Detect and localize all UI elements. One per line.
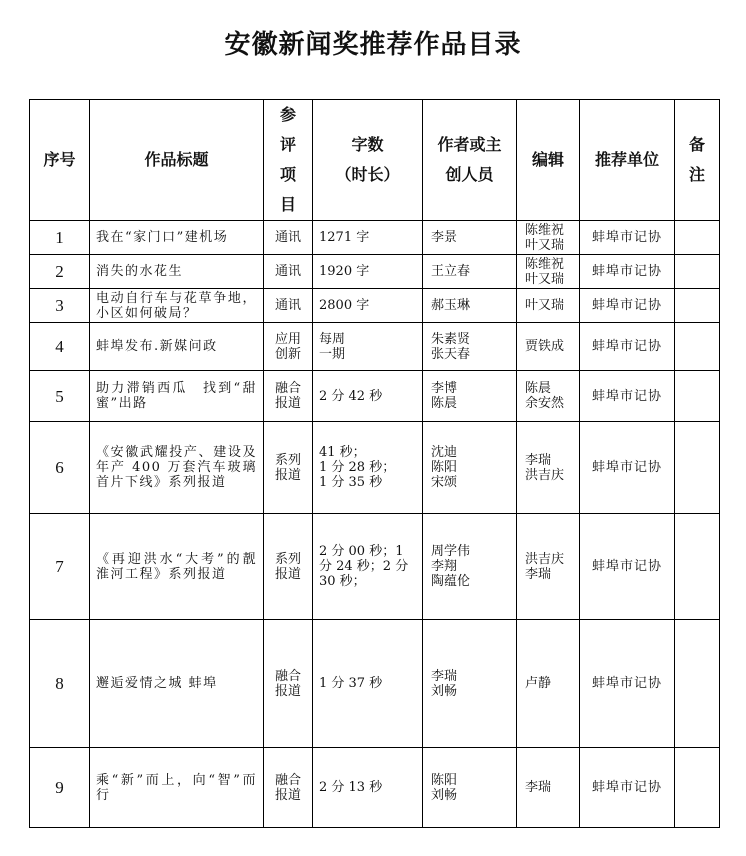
cell-recommending-unit: 蚌埠市记协 [580, 422, 675, 514]
cell-length: 1271 字 [313, 221, 423, 255]
table-row: 9乘“新”而上，向“智”而行融合 报道2 分 13 秒陈阳 刘畅李瑞蚌埠市记协 [30, 748, 720, 828]
cell-remarks [675, 422, 720, 514]
cell-work-title: 《安徽武耀投产、建设及年产 400 万套汽车玻璃首片下线》系列报道 [90, 422, 264, 514]
header-authors: 作者或主 创人员 [423, 100, 517, 221]
table-row: 8邂逅爱情之城 蚌埠融合 报道1 分 37 秒李瑞 刘畅卢静蚌埠市记协 [30, 620, 720, 748]
cell-authors: 郝玉琳 [423, 289, 517, 323]
cell-editors: 叶又瑞 [517, 289, 580, 323]
cell-editors: 贾铁成 [517, 323, 580, 371]
cell-row-number: 1 [30, 221, 90, 255]
cell-work-title: 电动自行车与花草争地，小区如何破局？ [90, 289, 264, 323]
cell-length: 41 秒； 1 分 28 秒； 1 分 35 秒 [313, 422, 423, 514]
cell-editors: 陈维祝 叶又瑞 [517, 255, 580, 289]
cell-remarks [675, 255, 720, 289]
cell-authors: 沈迪 陈阳 宋颂 [423, 422, 517, 514]
cell-category: 融合 报道 [264, 371, 313, 422]
cell-remarks [675, 748, 720, 828]
cell-authors: 朱素贤 张天春 [423, 323, 517, 371]
cell-work-title: 《再迎洪水“大考”的靓淮河工程》系列报道 [90, 514, 264, 620]
table-row: 4蚌埠发布.新媒问政应用 创新每周 一期朱素贤 张天春贾铁成蚌埠市记协 [30, 323, 720, 371]
header-title: 作品标题 [90, 100, 264, 221]
table-row: 1我在“家门口”建机场通讯1271 字李景陈维祝 叶又瑞蚌埠市记协 [30, 221, 720, 255]
cell-recommending-unit: 蚌埠市记协 [580, 221, 675, 255]
cell-editors: 洪吉庆 李瑞 [517, 514, 580, 620]
cell-authors: 陈阳 刘畅 [423, 748, 517, 828]
cell-remarks [675, 289, 720, 323]
cell-editors: 陈晨 余安然 [517, 371, 580, 422]
cell-work-title: 我在“家门口”建机场 [90, 221, 264, 255]
cell-remarks [675, 221, 720, 255]
cell-authors: 李瑞 刘畅 [423, 620, 517, 748]
cell-recommending-unit: 蚌埠市记协 [580, 748, 675, 828]
cell-row-number: 6 [30, 422, 90, 514]
cell-recommending-unit: 蚌埠市记协 [580, 323, 675, 371]
cell-row-number: 8 [30, 620, 90, 748]
cell-work-title: 助力滞销西瓜 找到“甜蜜”出路 [90, 371, 264, 422]
header-length: 字数 （时长） [313, 100, 423, 221]
table-row: 3电动自行车与花草争地，小区如何破局？通讯2800 字郝玉琳叶又瑞蚌埠市记协 [30, 289, 720, 323]
cell-category: 应用 创新 [264, 323, 313, 371]
cell-recommending-unit: 蚌埠市记协 [580, 620, 675, 748]
cell-category: 系列 报道 [264, 422, 313, 514]
cell-recommending-unit: 蚌埠市记协 [580, 255, 675, 289]
cell-remarks [675, 323, 720, 371]
cell-category: 通讯 [264, 289, 313, 323]
cell-length: 每周 一期 [313, 323, 423, 371]
table-row: 6《安徽武耀投产、建设及年产 400 万套汽车玻璃首片下线》系列报道系列 报道4… [30, 422, 720, 514]
cell-length: 2800 字 [313, 289, 423, 323]
cell-authors: 周学伟 李翔 陶蕴伦 [423, 514, 517, 620]
cell-category: 通讯 [264, 255, 313, 289]
cell-work-title: 消失的水花生 [90, 255, 264, 289]
cell-row-number: 5 [30, 371, 90, 422]
cell-remarks [675, 620, 720, 748]
cell-editors: 李瑞 [517, 748, 580, 828]
cell-row-number: 4 [30, 323, 90, 371]
cell-category: 融合 报道 [264, 620, 313, 748]
cell-work-title: 乘“新”而上，向“智”而行 [90, 748, 264, 828]
cell-category: 通讯 [264, 221, 313, 255]
cell-editors: 李瑞 洪吉庆 [517, 422, 580, 514]
table-row: 5助力滞销西瓜 找到“甜蜜”出路融合 报道2 分 42 秒李博 陈晨陈晨 余安然… [30, 371, 720, 422]
header-remarks: 备 注 [675, 100, 720, 221]
cell-row-number: 2 [30, 255, 90, 289]
cell-row-number: 9 [30, 748, 90, 828]
header-editors: 编辑 [517, 100, 580, 221]
cell-authors: 李博 陈晨 [423, 371, 517, 422]
header-category: 参 评 项 目 [264, 100, 313, 221]
cell-row-number: 7 [30, 514, 90, 620]
table-row: 2消失的水花生通讯1920 字王立春陈维祝 叶又瑞蚌埠市记协 [30, 255, 720, 289]
cell-category: 系列 报道 [264, 514, 313, 620]
cell-length: 1920 字 [313, 255, 423, 289]
document-title: 安徽新闻奖推荐作品目录 [0, 24, 746, 61]
cell-length: 2 分 42 秒 [313, 371, 423, 422]
header-row: 序号 作品标题 参 评 项 目 字数 （时长） 作者或主 创人员 编辑 推荐单位… [30, 100, 720, 221]
cell-length: 1 分 37 秒 [313, 620, 423, 748]
cell-authors: 李景 [423, 221, 517, 255]
header-no: 序号 [30, 100, 90, 221]
cell-category: 融合 报道 [264, 748, 313, 828]
table-row: 7《再迎洪水“大考”的靓淮河工程》系列报道系列 报道2 分 00 秒；1 分 2… [30, 514, 720, 620]
cell-work-title: 蚌埠发布.新媒问政 [90, 323, 264, 371]
cell-work-title: 邂逅爱情之城 蚌埠 [90, 620, 264, 748]
cell-remarks [675, 514, 720, 620]
cell-recommending-unit: 蚌埠市记协 [580, 371, 675, 422]
cell-recommending-unit: 蚌埠市记协 [580, 289, 675, 323]
cell-length: 2 分 00 秒；1 分 24 秒；2 分 30 秒； [313, 514, 423, 620]
cell-row-number: 3 [30, 289, 90, 323]
works-table: 序号 作品标题 参 评 项 目 字数 （时长） 作者或主 创人员 编辑 推荐单位… [29, 99, 720, 828]
cell-remarks [675, 371, 720, 422]
header-unit: 推荐单位 [580, 100, 675, 221]
cell-recommending-unit: 蚌埠市记协 [580, 514, 675, 620]
cell-length: 2 分 13 秒 [313, 748, 423, 828]
cell-authors: 王立春 [423, 255, 517, 289]
cell-editors: 卢静 [517, 620, 580, 748]
cell-editors: 陈维祝 叶又瑞 [517, 221, 580, 255]
